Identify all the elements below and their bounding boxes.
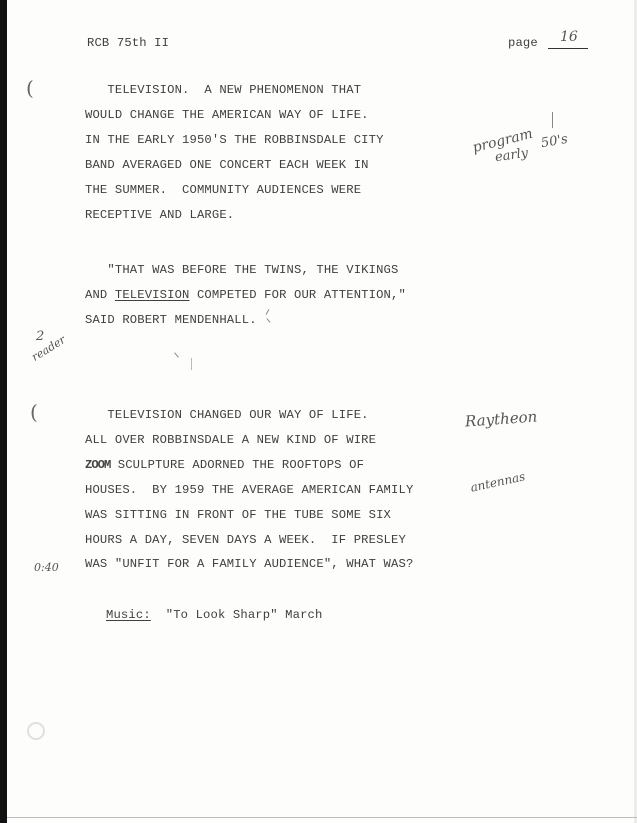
text-line: "THAT WAS BEFORE THE TWINS, THE VIKINGS [85,263,398,277]
text-line: BAND AVERAGED ONE CONCERT EACH WEEK IN [85,158,369,172]
document-id: RCB 75th II [87,36,169,50]
page-label: page [508,36,538,50]
text-line: WAS SITTING IN FRONT OF THE TUBE SOME SI… [85,508,391,522]
text-line: AND TELEVISION COMPETED FOR OUR ATTENTIO… [85,288,406,302]
tick-mark [267,318,271,322]
text-line: WAS "UNFIT FOR A FAMILY AUDIENCE", WHAT … [85,557,413,571]
margin-bracket-mark: ( [30,400,38,424]
text-line: RECEPTIVE AND LARGE. [85,208,234,222]
handwritten-brace-mark [552,112,553,128]
text-line: WOULD CHANGE THE AMERICAN WAY OF LIFE. [85,108,369,122]
text-line: IN THE EARLY 1950'S THE ROBBINSDALE CITY [85,133,384,147]
text-line: HOUSES. BY 1959 THE AVERAGE AMERICAN FAM… [85,483,413,497]
text-line: TELEVISION CHANGED OUR WAY OF LIFE. [85,408,369,422]
handwritten-note-50s: 50's [540,132,569,151]
text-line: ALL OVER ROBBINSDALE A NEW KIND OF WIRE [85,433,376,447]
underlined-word: TELEVISION [115,288,190,302]
tick-mark [266,309,270,315]
scan-bottom-edge [7,817,637,818]
page-number-underline [548,48,588,49]
text-line: THE SUMMER. COMMUNITY AUDIENCES WERE [85,183,361,197]
handwritten-note-raytheon: Raytheon [464,407,537,430]
stray-mark [174,352,179,357]
music-cue-title: "To Look Sharp" March [151,608,323,622]
music-cue: Music: "To Look Sharp" March [106,608,322,622]
scan-left-edge [0,0,7,823]
text-line: SAID ROBERT MENDENHALL. [85,313,257,327]
stray-mark [191,358,192,370]
margin-bracket-mark: ( [26,76,34,100]
handwritten-reader-number: 2 [36,329,44,344]
struck-out-word: ZOOM [85,458,110,472]
music-cue-label: Music: [106,608,151,622]
handwritten-note-early: early [494,146,529,165]
text-segment: COMPETED FOR OUR ATTENTION," [190,288,406,302]
text-segment: AND [85,288,115,302]
text-line: TELEVISION. A NEW PHENOMENON THAT [85,83,361,97]
page-number: 16 [560,29,578,45]
text-line: HOURS A DAY, SEVEN DAYS A WEEK. IF PRESL… [85,533,406,547]
handwritten-note-antennas: antennas [469,469,526,494]
text-segment: SCULPTURE ADORNED THE ROOFTOPS OF [110,458,364,472]
text-line: ZOOM SCULPTURE ADORNED THE ROOFTOPS OF [85,458,364,472]
punch-hole-mark [27,722,45,740]
handwritten-note-time: 0:40 [34,561,59,574]
